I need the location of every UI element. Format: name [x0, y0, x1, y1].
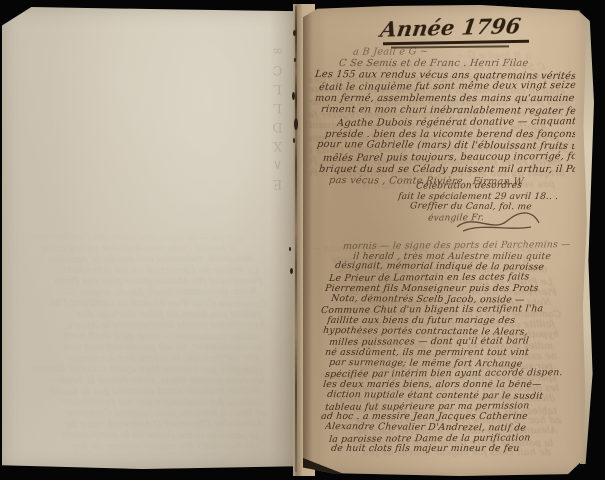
handwriting-line: Agathe Dubois régénérat donative — cinqu… — [336, 116, 575, 130]
handwriting-line: de huit clots fils majeur mineur de feu — [330, 444, 575, 455]
handwriting-line: mornis — le signe des ports dei Parchemi… — [342, 240, 575, 253]
ink-speck — [294, 118, 298, 130]
ink-speck — [292, 92, 295, 100]
handwriting-line: briquet du sud se Célady puissent mil ar… — [318, 164, 575, 176]
handwriting-line: a B Jeail e G ~ — [352, 45, 575, 59]
handwriting-line: de huit clots fils majeur mineur de feu — [19, 441, 257, 452]
ink-speck — [293, 138, 295, 143]
handwriting-line: les deux mariés biens, alors donné la bé… — [322, 380, 575, 391]
handwriting-line: fait le spécialement 29 avril 18.. . — [397, 192, 568, 203]
handwriting-line: Célébration désordres — [415, 180, 568, 192]
handwriting-line: mon fermé, assemblements des mains qu'au… — [314, 93, 575, 105]
ink-speck — [289, 247, 291, 251]
ink-speck — [290, 268, 293, 274]
ink-speck — [294, 58, 296, 62]
handwriting-line: Pierrement fils Monseigneur puis des Pro… — [324, 284, 575, 295]
handwriting-line: la paroisse notre Dame de la purificatio… — [19, 429, 259, 442]
handwriting-line: mêlés Parel puis toujours, beaucoup inco… — [322, 151, 575, 165]
binding-seam — [295, 6, 297, 472]
handwriting-line: Le Prieur de Lamortain en les actes fait… — [19, 264, 259, 277]
scanned-register-image: E∧XDLLC∞ mornis — le signe des ports dei… — [0, 0, 605, 480]
handwritten-act-2: mornis — le signe des ports dei Parchemi… — [313, 241, 575, 455]
left-page-showthrough: mornis — le signe des ports dei Parchemi… — [20, 232, 275, 452]
handwriting-line: milles puissances — dont qu'il était bar… — [19, 330, 259, 343]
left-page: E∧XDLLC∞ mornis — le signe des ports dei… — [2, 7, 295, 469]
signature-flourish — [453, 209, 543, 235]
handwriting-line: faillite aux biens du futur mariage des — [326, 316, 575, 327]
ink-speck — [293, 30, 296, 36]
handwriting-line: Le Prieur de Lamortain en les actes fait… — [328, 272, 575, 285]
year-title-block: Année 1796 — [381, 15, 531, 48]
handwriting-line: C Se Semis et de Franc . Henri Filae — [338, 58, 575, 70]
paper-watermark-marks: E∧XDLLC∞ — [270, 21, 285, 191]
handwriting-line: né assidûment, ils me permirent tout vin… — [324, 348, 575, 359]
year-title: Année 1796 — [379, 13, 533, 42]
right-page: a B Jeail e G ~C Se Semis et de Franc . … — [303, 5, 588, 476]
handwriting-line: mornis — le signe des ports dei Parchemi… — [19, 231, 245, 244]
handwriting-line: il herald , très mot Aulestre milieu qui… — [19, 243, 235, 254]
handwritten-act-1: a B Jeail e G ~C Se Semis et de Franc . … — [315, 46, 575, 188]
